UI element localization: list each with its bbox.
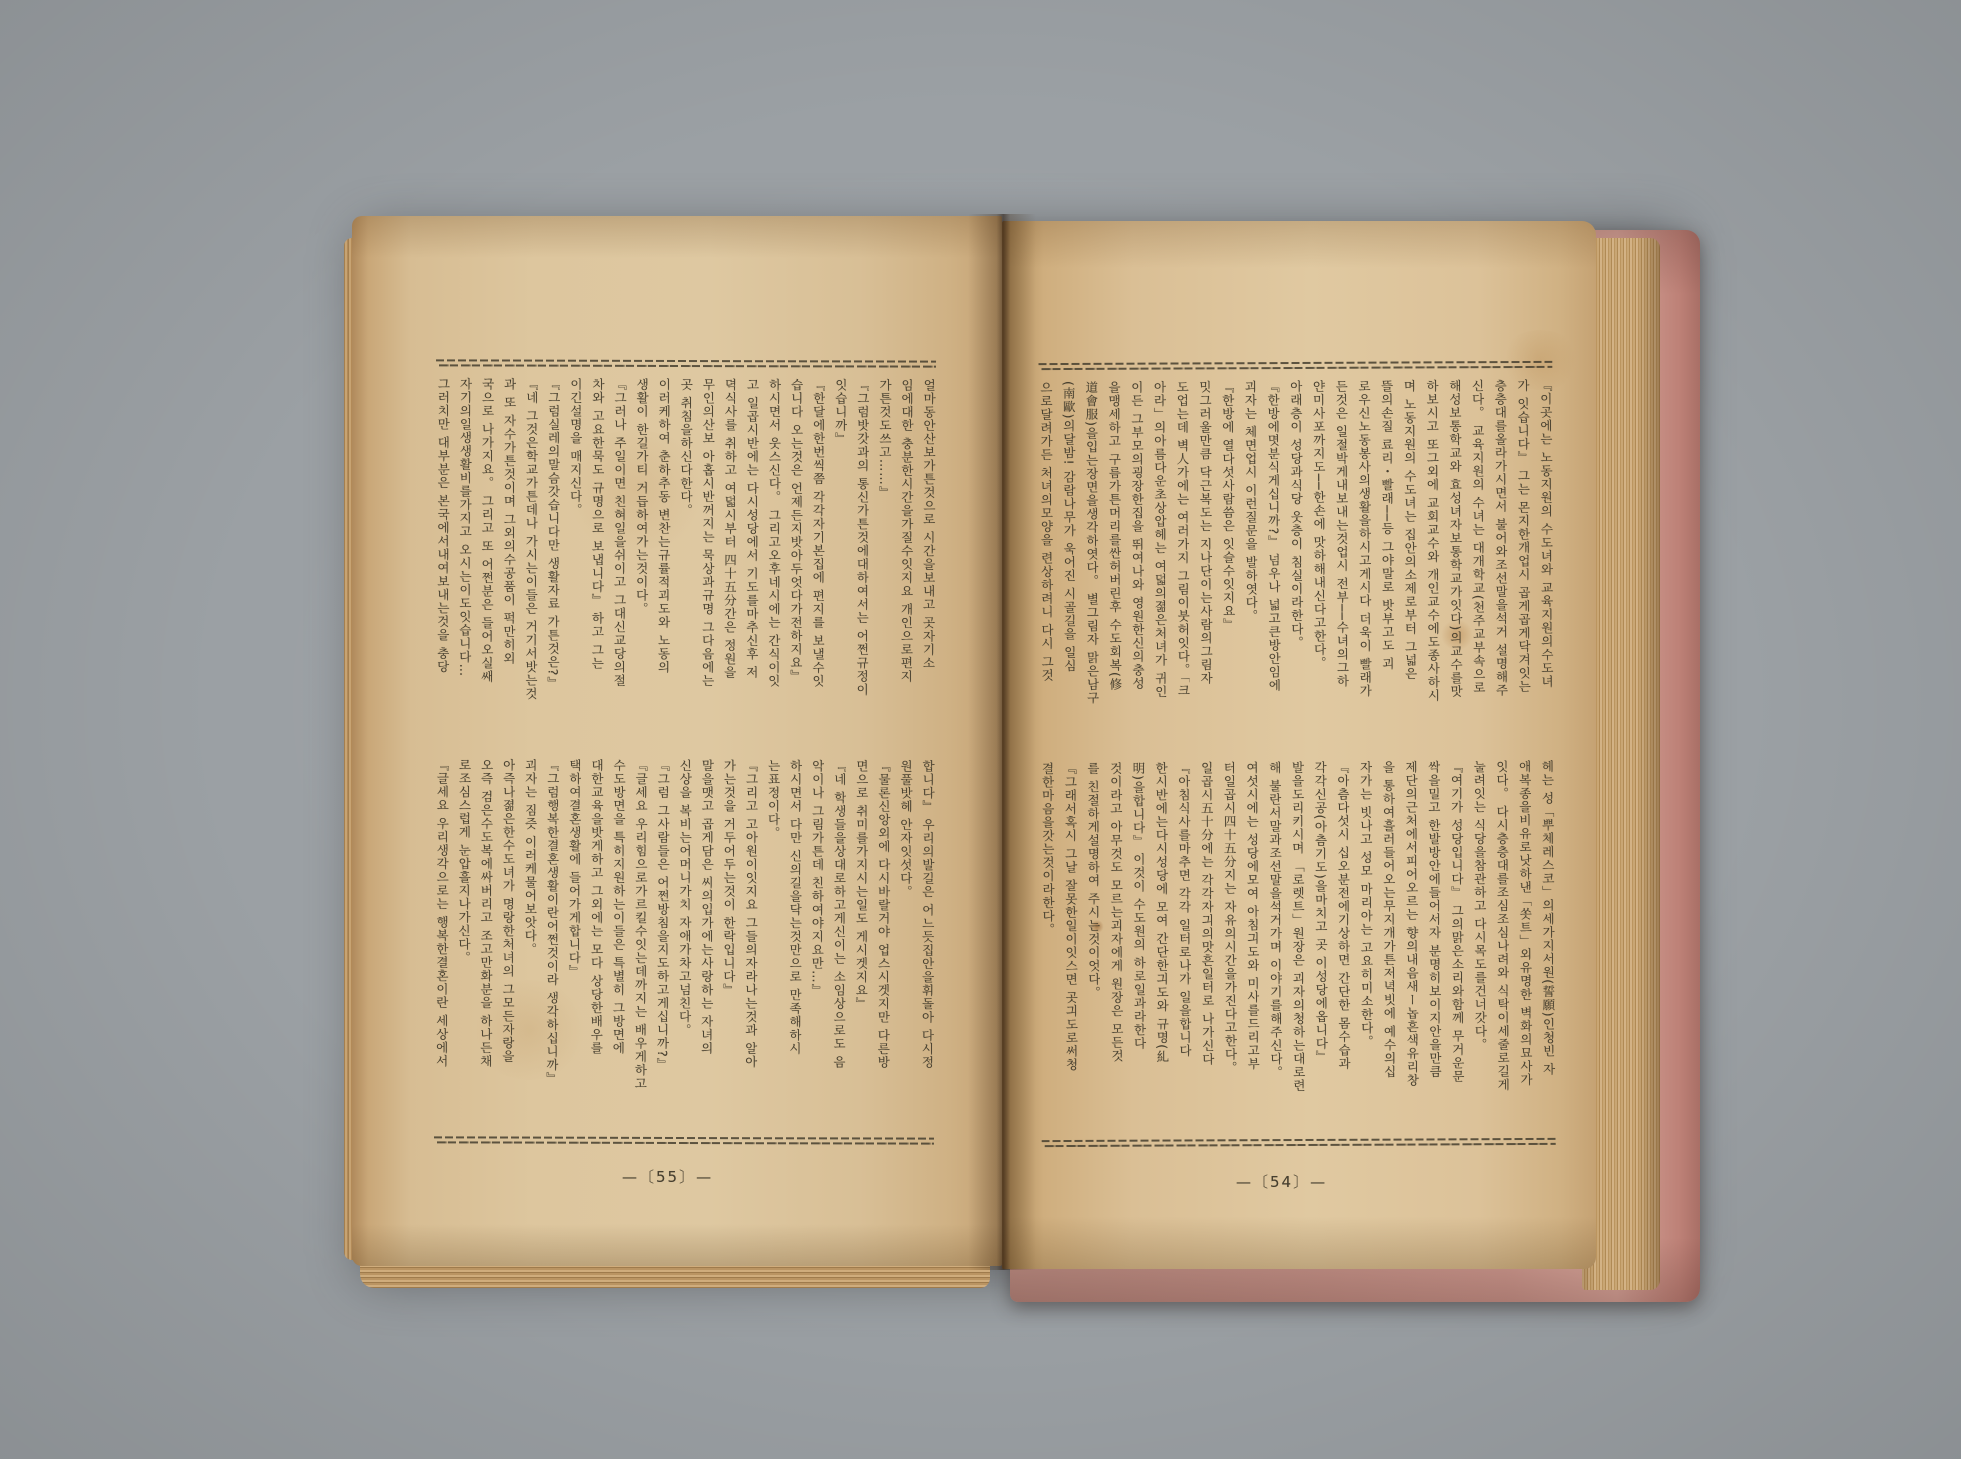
- text-column: 『글세요 우리생각으로는 행복한결혼이란 세상에서: [434, 758, 449, 1126]
- page-number-55: —〔55〕—: [622, 1166, 713, 1187]
- text-column: 오즉 검은수도복에싸버리고 조고만화분을 하나든채: [478, 758, 493, 1126]
- text-column: 이러케하여 춘하추동 변찬는규률적괴도와 노동의: [656, 378, 671, 746]
- text-column: 『글세요 우리힘으로가르킬수잇는데까지는 배우게하고: [633, 759, 648, 1127]
- text-column: 를 친절하게설명하여 주시는것이엇다。: [1085, 762, 1101, 1130]
- text-column: 발을도리키시며 「로렛트」원장은 괴자의청하는대로련: [1290, 761, 1306, 1129]
- text-column: 차와 고요한묵도 규명으로 보냅니다』 하고 그는: [590, 378, 605, 746]
- text-column: 『그럼밧갓과의 통신가튼것에대하여서는 어쩐규정이: [854, 378, 869, 746]
- text-column: 뎍식사를 취하고 여덟시부터 四十五分간은 정원을: [722, 378, 737, 746]
- text-column: 애복종을비유로낫하낸「쏫트」외유명한 벽화의묘사가: [1517, 760, 1533, 1128]
- page-55-upper-tier: 얼마동안산보가튼것으로 시간을보내고 곳자기소임에대한 충분한시간을가질수잇지요…: [435, 377, 936, 746]
- text-column: 道會服)을입는장면을생각하엿다。 별그림자 맑은남구: [1084, 381, 1100, 749]
- text-column: 으로달려가든 처녀의모양을 련상하려니 다시 그것: [1038, 381, 1054, 749]
- text-column: 자가는 빗나고 성모 마리아는 고요히미소한다。: [1358, 761, 1374, 1129]
- text-column: 『아침식사를마추면 각각 일터로나가 일을합니다: [1176, 761, 1192, 1129]
- text-column: 한시반에는다시성당에 모여 간단한긔도와 규명(糺: [1154, 762, 1170, 1130]
- text-column: 을맹세하고 구름가튼머리를싼허버린후 수도회복(修: [1107, 381, 1123, 749]
- page-number-54: —〔54〕—: [1236, 1171, 1327, 1192]
- page-54-upper-tier: 『이곳에는 노동지원의 수도녀와 교육지원의수도녀가 잇습니다』 그는 몬지한개…: [1038, 379, 1554, 749]
- text-column: 대한교육을밧게하고 그외에는 모다 상당한배우를: [589, 759, 604, 1127]
- text-column: 국으로 나가지요。 그리고 또 어쩐분은 들어오실쌔: [479, 377, 494, 745]
- text-column: 해성보통학교와 효성녀자보통학교가잇다)의교수를맛: [1447, 379, 1463, 747]
- text-column: 면으로 취미를가지시는일도 게시겟지요』: [854, 759, 869, 1127]
- text-column: 『한방에몃분식게십니까?』 넘우나 넓고큰방안임에: [1266, 380, 1282, 748]
- text-column: 임에대한 충분한시간을가질수잇지요 개인으로편지: [899, 379, 914, 747]
- text-column: 가는것을 거두어두는것이 한락입니다』: [721, 759, 736, 1127]
- text-column: 아라」의아름다운초상압헤는 여덟의졂은처녀가 귀인: [1152, 381, 1168, 749]
- text-column: 결한마음을갓는것이라한다。: [1040, 762, 1056, 1130]
- page-55-text-block: 얼마동안산보가튼것으로 시간을보내고 곳자기소임에대한 충분한시간을가질수잇지요…: [434, 359, 936, 1144]
- text-column: 괴자는 체면업시 이런질문을 발하엿다。: [1243, 380, 1259, 748]
- text-column: 『그래서혹시 그날 잘못한일이잇스면 곳긔도로써청: [1063, 762, 1079, 1130]
- text-column: 가튼것도쓰고……』: [877, 379, 892, 747]
- text-column: 며 노동지원의 수도녀는 집안의소제로부터 그넓은: [1402, 379, 1418, 747]
- text-column: 터일곱시四十五分지는 자유의시간을가진다고한다。: [1222, 761, 1238, 1129]
- text-column: 것이라고 아무것도 모르는괴자에게 원장은 모든것: [1108, 762, 1124, 1130]
- text-column: 로조심스럽게 눈압흘지나가신다。: [456, 758, 471, 1126]
- text-column: 신상을 복비는어머니가치 자애가차고넘친다。: [677, 759, 692, 1127]
- page-54-lower-tier: 헤는 성「뿌체레스코」의세가지서원(誓願)인청빈 자애복종을비유로낫하낸「쏫트」…: [1040, 760, 1556, 1130]
- text-column: 층층대를올라가시면서 불어와조선말을석거 설명해주: [1493, 379, 1509, 747]
- text-column: 곳 취침을하신다한다。: [678, 378, 693, 746]
- text-column: (南歐)의달밤! 감람나무가 욱어진 시골길을 일심: [1061, 381, 1077, 749]
- text-column: 제단의근처에서피어오르는 향의내음새ー놉흔색유리창: [1404, 760, 1420, 1128]
- text-column: 괴자는 짐즛 이러케물어보앗다。: [522, 759, 537, 1127]
- text-column: 『그럼실레의말슴갓습니다만 생활자료 가튼것은?』: [545, 378, 560, 746]
- bottom-border-rule: [434, 1136, 934, 1144]
- top-border-rule: [436, 359, 936, 367]
- text-column: 『아츰다섯시 십오분전에기상하면 간단한 몸수습과: [1335, 761, 1351, 1129]
- text-column: 고 일곱시반에는 다시성당에서 기도를마추신후 저: [744, 378, 759, 746]
- text-column: 하시면서 다만 신의길을닥는것만으로 만족해하시: [787, 759, 802, 1127]
- text-column: 생활이 한길가티 거듭하여가는것이다。: [634, 378, 649, 746]
- text-column: 눌려잇는 식당을참관하고 다시목도를건너갓다。: [1472, 760, 1488, 1128]
- text-column: 도업는데 벽人가에는 여러가지 그림이붓허잇다。「크: [1175, 380, 1191, 748]
- text-column: 무인의산보 아홉시반꺼지는 묵상과규명 그다음에는: [700, 378, 715, 746]
- text-column: 과 또 자수가튼것이며 그외의수공품이 퍽만히외: [501, 378, 516, 746]
- text-column: 얀미사포까지도──한손에 맛하해내신다고한다。: [1311, 380, 1327, 748]
- text-column: 잇습니까』: [832, 378, 847, 746]
- text-column: 『그러나 주일이면 친혀일을쉬이고 그대신교당의절: [612, 378, 627, 746]
- text-column: 『그럼행복한결혼생활이란어쩐것이라 생각하십니까』: [544, 759, 559, 1127]
- text-column: 수도방면을 특히지원하는이들은 특별히 그방면에: [611, 759, 626, 1127]
- text-column: 『물론신앙외에 다시바랄거야 업스시겟지만 다른방: [876, 760, 891, 1128]
- text-column: 『그럼 그사람들은 어쩐방침을지도하고게십니까?』: [655, 759, 670, 1127]
- text-column: 『한방에 열다섯사람씀은 잇슬수잇지요』: [1220, 380, 1236, 748]
- text-column: 각각신공(아츰기도)을마치고 곳 이성당에옵니다』: [1313, 761, 1329, 1129]
- text-column: 『네 그것은학교가튼데나 가시는이들은 거기서밧는것: [523, 378, 538, 746]
- photo-of-open-book: { "scene": { "background_color": "#9ba0a…: [0, 0, 1961, 1459]
- text-column: 든것은 일절박게내보내는것업시 전부──수녀의그하: [1334, 380, 1350, 748]
- page-54-text-block: 『이곳에는 노동지원의 수도녀와 교육지원의수도녀가 잇습니다』 그는 몬지한개…: [1038, 361, 1555, 1147]
- text-column: 『이곳에는 노동지원의 수도녀와 교육지원의수도녀: [1538, 379, 1554, 747]
- text-column: 이든 그부모의굉장한집을 뛰여나와 영원한신의충성: [1129, 381, 1145, 749]
- text-column: 뜰의손질 료리・빨래──등 그야말로 밧부고도 괴: [1379, 380, 1395, 748]
- text-column: 『여기가 성당입니다』 그의맑은소리와함께 무거운문: [1449, 760, 1465, 1128]
- text-column: 잇다。 다시층층대를조심조심나려와 식탁이세줄로길게: [1494, 760, 1510, 1128]
- text-column: 로우신노동봉사의생활을하시고게시다 더욱이 빨래가: [1356, 380, 1372, 748]
- text-column: 얼마동안산보가튼것으로 시간을보내고 곳자기소: [921, 379, 936, 747]
- text-column: 『한달에한번씩쯤 각각자기본집에 편지를 보낼수잇: [810, 378, 825, 746]
- text-column: 가 잇습니다』 그는 몬지한개업시 곱게곱게닥겨잇는: [1515, 379, 1531, 747]
- text-column: 합니다』 우리의발길은 어느듯집안을휘돌아 다시정: [920, 760, 935, 1128]
- text-column: 하보시고 또그외에 교회교수와 개인교수에도종사하시: [1425, 379, 1441, 747]
- text-column: 습니다 오는것은 언제든지밧아두엇다가전하지요』: [788, 378, 803, 746]
- text-column: 해 불란서말과조선말을석거가며 이야기를해주신다。: [1267, 761, 1283, 1129]
- text-column: 그러치만 대부분은 본국에서내여보내는것을 충당: [435, 377, 450, 745]
- text-column: 원풀밧헤 안자잇섯다。: [898, 760, 913, 1128]
- text-column: 헤는 성「뿌체레스코」의세가지서원(誓願)인청빈 자: [1540, 760, 1556, 1128]
- text-column: 자기의일생생활비를가지고 오시는이도잇습니다…: [457, 377, 472, 745]
- text-column: 『그리고 고아원이잇지요 그들의자라나는것과 알아: [743, 759, 758, 1127]
- page-55-lower-tier: 합니다』 우리의발길은 어느듯집안을휘돌아 다시정원풀밧헤 안자잇섯다。『물론신…: [434, 758, 935, 1127]
- text-column: 밋그러울만큼 닥근복도는 지나단이는사람의그림자: [1197, 380, 1213, 748]
- text-column: 이긴설명을 매지신다。: [567, 378, 582, 746]
- text-column: 『네 학생들을상대로하고게신이는 소임상으로도 음: [831, 759, 846, 1127]
- text-column: 악이나 그림가튼데 친하여야지요만…』: [809, 759, 824, 1127]
- text-column: 明)을합니다』 이것이 수도원의 하로일과라한다: [1131, 762, 1147, 1130]
- text-column: 는표정이다。: [765, 759, 780, 1127]
- text-column: 하시면서 웃스신다。 그리고오후네시에는 간식이잇: [766, 378, 781, 746]
- text-column: 싹을밀고 한발방안에들어서자 분명히보이지안을만큼: [1426, 760, 1442, 1128]
- top-border-rule: [1038, 361, 1552, 370]
- text-column: 을 통하여흘러들어오는무지개가튼저녁빗에 예수의십: [1381, 761, 1397, 1129]
- text-column: 신다。 교육지원의 수녀는 대개학교(천주교부속으로: [1470, 379, 1486, 747]
- text-column: 일곱시五十分에는 각각자긔의맛흔일터로 나가신다: [1199, 761, 1215, 1129]
- text-column: 여섯시에는 성당에모여 아침긔도와 미사를드리고부: [1244, 761, 1260, 1129]
- text-column: 말을맷고 곱게담은 씨의입가에는사랑하는 자녀의: [699, 759, 714, 1127]
- text-column: 아래층이 성당과식당 웃층이 침실이라한다。: [1288, 380, 1304, 748]
- text-column: 아즉나졂은한수도녀가 명랑한처녀의 그모든자랑을: [500, 759, 515, 1127]
- text-column: 택하여결혼생활에 들어가게합니다』: [566, 759, 581, 1127]
